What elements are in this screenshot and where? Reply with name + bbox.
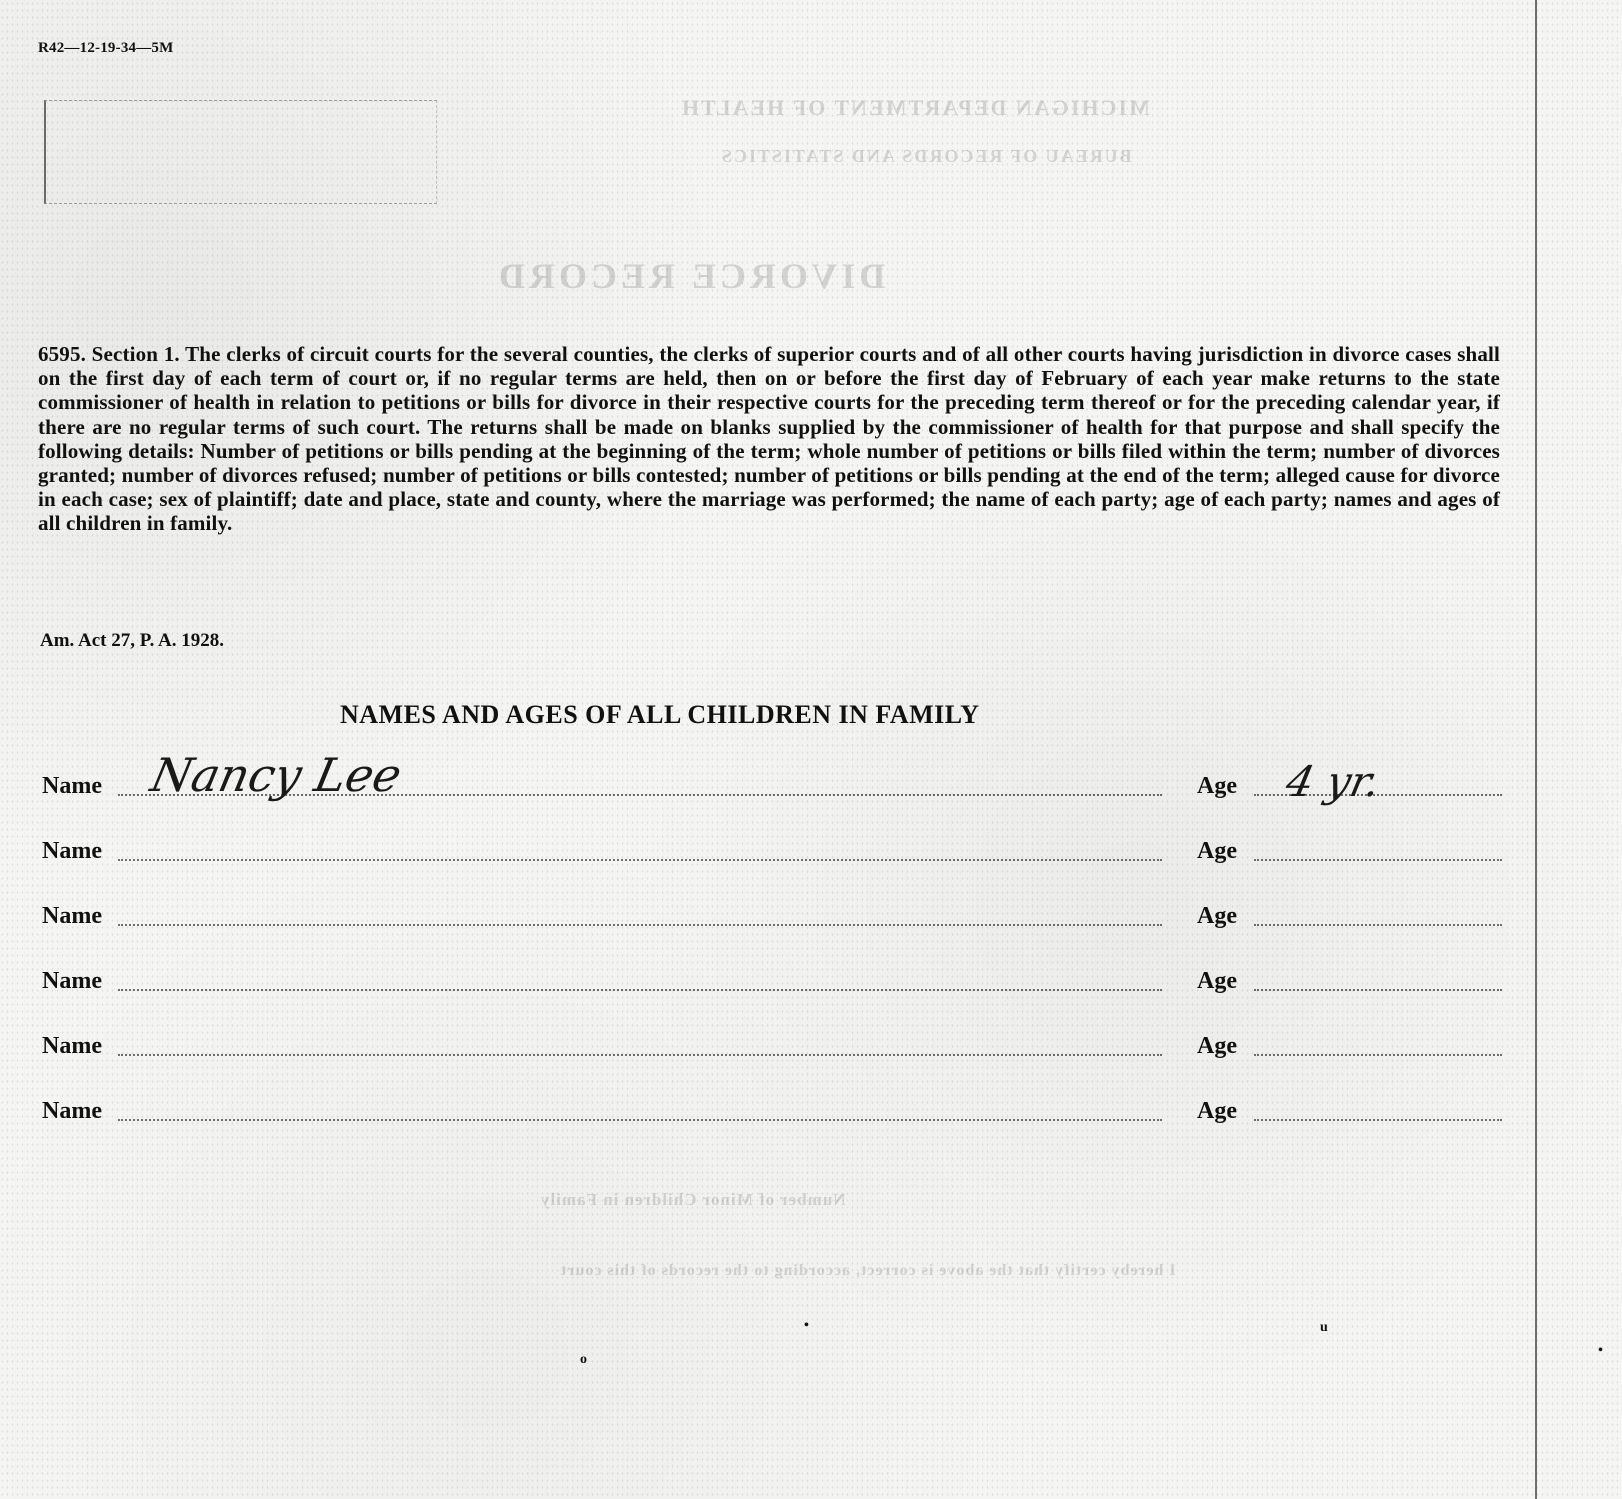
name-field[interactable] — [118, 924, 1162, 926]
statute-paragraph: 6595. Section 1. The clerks of circuit c… — [38, 342, 1500, 536]
name-label: Name — [42, 903, 102, 930]
age-label: Age — [1197, 1033, 1237, 1060]
name-label: Name — [42, 838, 102, 865]
age-label: Age — [1197, 773, 1237, 800]
child-age-value: 4 yr. — [1282, 757, 1385, 806]
name-label: Name — [42, 1098, 102, 1125]
name-field[interactable] — [118, 1119, 1162, 1121]
stray-mark: u — [1320, 1320, 1328, 1336]
bleed-through-title: DIVORCE RECORD — [495, 255, 885, 297]
age-label: Age — [1197, 1098, 1237, 1125]
bleed-through-lower-1: Number of Minor Children in Family — [540, 1190, 846, 1210]
name-label: Name — [42, 773, 102, 800]
stamp-box — [44, 100, 437, 204]
child-name-value: Nancy Lee — [146, 748, 406, 802]
child-row: Name Nancy Lee Age 4 yr. — [42, 760, 1502, 800]
name-field[interactable] — [118, 989, 1162, 991]
name-label: Name — [42, 1033, 102, 1060]
name-field[interactable] — [118, 859, 1162, 861]
age-field[interactable] — [1254, 924, 1502, 926]
age-label: Age — [1197, 838, 1237, 865]
age-field[interactable] — [1254, 1054, 1502, 1056]
stray-mark: o — [580, 1352, 587, 1368]
bleed-through-lower-2: I hereby certify that the above is corre… — [560, 1262, 1176, 1280]
child-row: Name Age — [42, 955, 1502, 995]
age-label: Age — [1197, 903, 1237, 930]
child-row: Name Age — [42, 1020, 1502, 1060]
age-label: Age — [1197, 968, 1237, 995]
form-code: R42—12-19-34—5M — [38, 40, 173, 57]
children-section-title: NAMES AND AGES OF ALL CHILDREN IN FAMILY — [340, 700, 980, 730]
name-label: Name — [42, 968, 102, 995]
age-field[interactable] — [1254, 859, 1502, 861]
child-row: Name Age — [42, 825, 1502, 865]
age-field[interactable] — [1254, 989, 1502, 991]
child-row: Name Age — [42, 1085, 1502, 1125]
age-field[interactable] — [1254, 1119, 1502, 1121]
bleed-through-header-1: MICHIGAN DEPARTMENT OF HEALTH — [680, 95, 1150, 121]
stray-mark: • — [804, 1318, 809, 1334]
stray-mark: • — [1598, 1343, 1603, 1359]
page-edge-line — [1535, 0, 1537, 1499]
bleed-through-header-2: BUREAU OF RECORDS AND STATISTICS — [720, 146, 1132, 167]
amendment-citation: Am. Act 27, P. A. 1928. — [40, 630, 224, 652]
scanned-page: R42—12-19-34—5M MICHIGAN DEPARTMENT OF H… — [0, 0, 1622, 1499]
child-row: Name Age — [42, 890, 1502, 930]
name-field[interactable] — [118, 1054, 1162, 1056]
